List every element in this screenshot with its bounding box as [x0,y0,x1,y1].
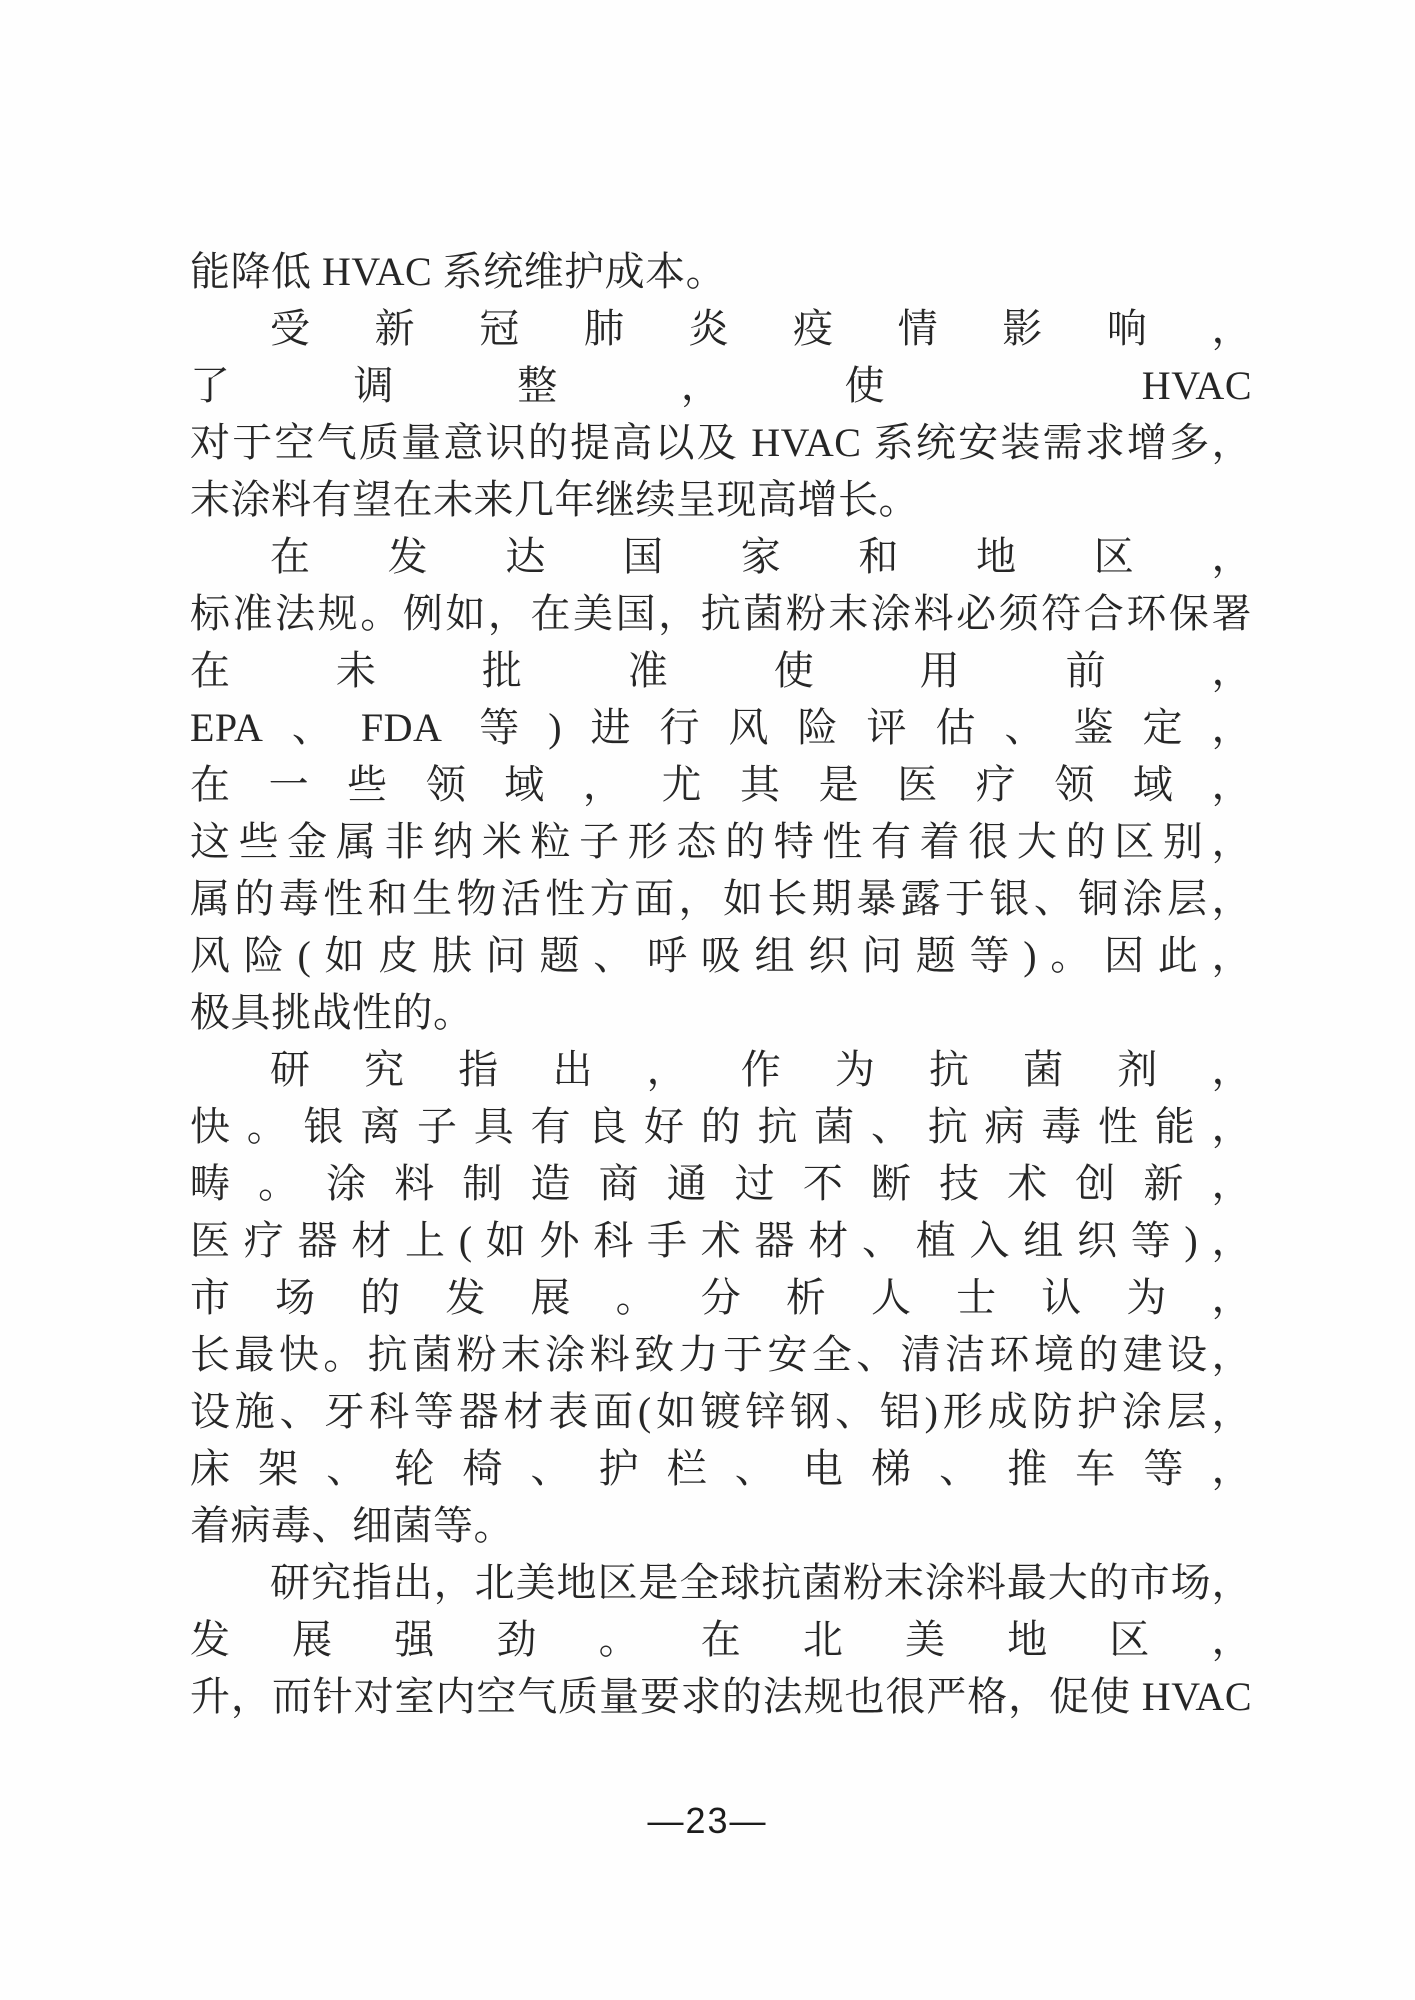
document-page: 能降低 HVAC 系统维护成本。受新冠肺炎疫情影响，全球针对室内空气质量的标准法… [0,0,1415,2000]
text-line: 能降低 HVAC 系统维护成本。 [190,243,1252,300]
text-line: 对于空气质量意识的提高以及 HVAC 系统安装需求增多，全球抗菌粉 [190,414,1252,471]
text-line: 标准法规。例如，在美国，抗菌粉末涂料必须符合环保署 EPA 的规定。 [190,585,1252,642]
text-line: 了调整，使 HVAC 系统对于抗菌涂料处理的需求显著增加。随着人们 [190,357,1252,414]
text-line: 畴。涂料制造商通过不断技术创新，将银系抗菌粉末涂料成功应用到 [190,1155,1252,1212]
text-line: 在未批准使用前，每一种抗菌粉末涂料必须由独立科研机构、团体(如 [190,642,1252,699]
text-line: 在发达国家和地区，抗菌类产品也必须符合当地政府机构颁布的 [190,528,1252,585]
text-line: 医疗器材上(如外科手术器材、植入组织等)，由此推动抗菌粉末涂料 [190,1212,1252,1269]
text-line: 研究指出，北美地区是全球抗菌粉末涂料最大的市场，未来 5 年 [190,1554,1252,1611]
page-footer: —23— [0,1800,1415,1842]
text-line: 研究指出，作为抗菌剂，银在抗菌粉末涂料中的应用需求增速最 [190,1041,1252,1098]
text-line: 升，而针对室内空气质量要求的法规也很严格，促使 HVAC 系统制造 [190,1668,1252,1725]
text-line: 快。银离子具有良好的抗菌、抗病毒性能，且对于人类属于低毒性范 [190,1098,1252,1155]
text-line: 属的毒性和生物活性方面，如长期暴露于银、铜涂层，可能增加健康 [190,870,1252,927]
text-line: 床架、轮椅、护栏、电梯、推车等，与病人接触的几率较高，容易附 [190,1440,1252,1497]
page-number: —23— [647,1800,767,1841]
text-line: 极具挑战性的。 [190,984,1252,1041]
text-line: 着病毒、细菌等。 [190,1497,1252,1554]
text-line: 在一些领域，尤其是医疗领域，金属纳米粒子的毒性引起关注，这与 [190,756,1252,813]
text-line: 长最快。抗菌粉末涂料致力于安全、清洁环境的建设，在医院、外科 [190,1326,1252,1383]
text-line: 设施、牙科等器材表面(如镀锌钢、铝)形成防护涂层，这些器材包括 [190,1383,1252,1440]
text-line: 市场的发展。分析人士认为，抗菌粉末涂料在医疗健康领域的需求增 [190,1269,1252,1326]
text-line: EPA、FDA 等)进行风险评估、鉴定，获得许可才能进入市场。另外， [190,699,1252,756]
text-line: 受新冠肺炎疫情影响，全球针对室内空气质量的标准法规也进行 [190,300,1252,357]
text-line: 风险(如皮肤问题、呼吸组织问题等)。因此，抗菌粉末涂料的研发是 [190,927,1252,984]
text-line: 末涂料有望在未来几年继续呈现高增长。 [190,471,1252,528]
text-line: 这些金属非纳米粒子形态的特性有着很大的区别，主要表现在这些金 [190,813,1252,870]
text-line: 发展强劲。在北美地区，对于医疗健康领域抑制致病菌的要求持续提 [190,1611,1252,1668]
body-text: 能降低 HVAC 系统维护成本。受新冠肺炎疫情影响，全球针对室内空气质量的标准法… [190,243,1252,1725]
